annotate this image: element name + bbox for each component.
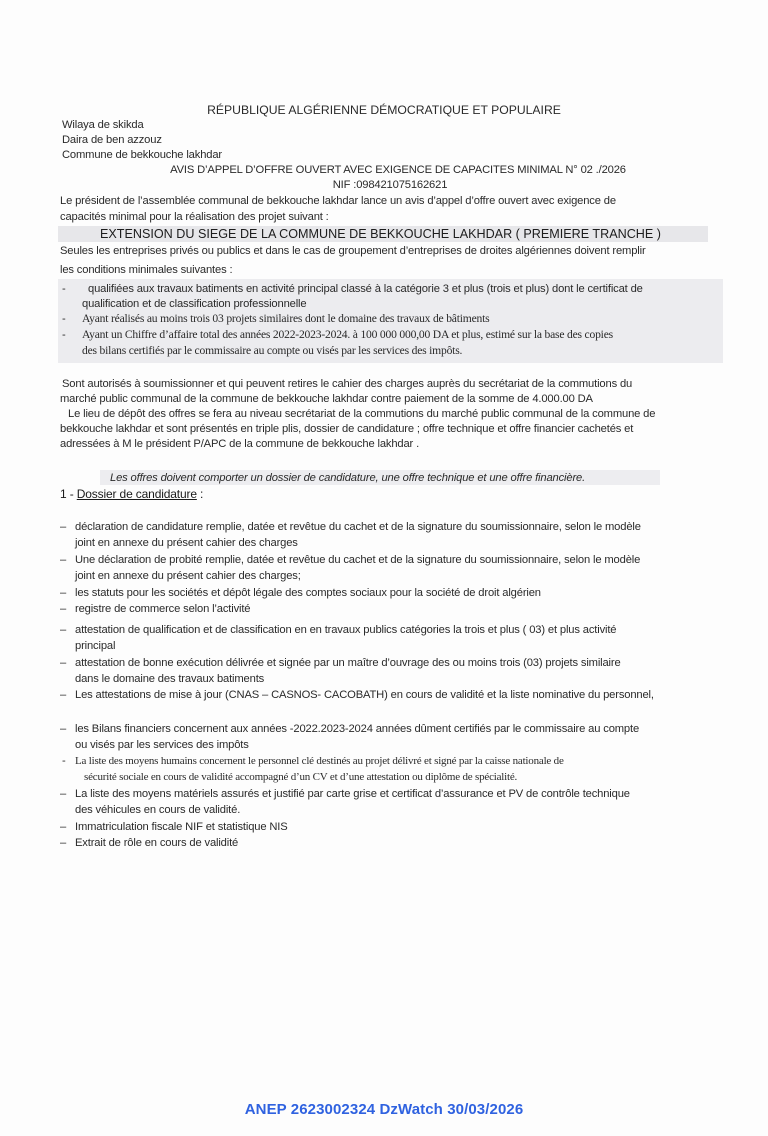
document-page: RÉPUBLIQUE ALGÉRIENNE DÉMOCRATIQUE ET PO… — [0, 0, 768, 1136]
offers-note: Les offres doivent comporter un dossier … — [110, 471, 585, 485]
dossier-item-text: La liste des moyens humains concernent l… — [75, 754, 564, 768]
bullet-dash: - — [62, 328, 66, 342]
dossier-item-text: La liste des moyens matériels assurés et… — [75, 787, 630, 801]
withdrawal-line-2: marché public communal de la commune de … — [60, 392, 593, 406]
eligibility-line-1: Seules les entreprises privés ou publics… — [60, 244, 646, 258]
commune-label: Commune de bekkouche lakhdar — [62, 148, 222, 162]
bullet-dash: – — [60, 602, 66, 616]
dossier-item-text: Extrait de rôle en cours de validité — [75, 836, 238, 850]
dossier-item-text: sécurité sociale en cours de validité ac… — [84, 770, 517, 784]
bullet-dash: – — [60, 722, 66, 736]
eligibility-line-2: les conditions minimales suivantes : — [60, 263, 232, 277]
nif-number: NIF :098421075162621 — [6, 178, 768, 192]
dossier-heading: 1 - Dossier de candidature : — [60, 487, 203, 501]
condition-text: Ayant un Chiffre d’affaire total des ann… — [82, 328, 613, 342]
dossier-item-text: les Bilans financiers concernent aux ann… — [75, 722, 639, 736]
dossier-item-text: les statuts pour les sociétés et dépôt l… — [75, 586, 541, 600]
dossier-item-text: dans le domaine des travaux batiments — [75, 672, 264, 686]
bullet-dash: – — [60, 787, 66, 801]
dossier-item-text: principal — [75, 639, 115, 653]
withdrawal-line-4: bekkouche lakhdar et sont présentés en t… — [60, 422, 633, 436]
republic-heading: RÉPUBLIQUE ALGÉRIENNE DÉMOCRATIQUE ET PO… — [0, 103, 768, 117]
dossier-title: Dossier de candidature — [77, 487, 197, 501]
bullet-dash: – — [60, 586, 66, 600]
dossier-item-text: Une déclaration de probité remplie, daté… — [75, 553, 640, 567]
publication-stamp: ANEP 2623002324 DzWatch 30/03/2026 — [0, 1101, 768, 1118]
condition-text: Ayant réalisés au moins trois 03 projets… — [82, 312, 489, 326]
dossier-item-text: Immatriculation fiscale NIF et statistiq… — [75, 820, 288, 834]
withdrawal-line-5: adressées à M le président P/APC de la c… — [60, 437, 419, 451]
bullet-dash: – — [60, 836, 66, 850]
bullet-dash: – — [60, 553, 66, 567]
dossier-item-text: déclaration de candidature remplie, daté… — [75, 520, 641, 534]
dossier-item-text: ou visés par les services des impôts — [75, 738, 249, 752]
condition-text: qualification et de classification profe… — [82, 297, 306, 311]
bullet-dash: – — [60, 623, 66, 637]
dossier-item-text: registre de commerce selon l’activité — [75, 602, 250, 616]
dossier-colon: : — [197, 487, 203, 501]
daira-label: Daira de ben azzouz — [62, 133, 162, 147]
dossier-item-text: joint en annexe du présent cahier des ch… — [75, 569, 301, 583]
bullet-dash: – — [60, 520, 66, 534]
bullet-dash: – — [60, 656, 66, 670]
dossier-item-text: Les attestations de mise à jour (CNAS – … — [75, 688, 654, 702]
intro-line-2: capacités minimal pour la réalisation de… — [60, 210, 329, 224]
dossier-item-text: joint en annexe du présent cahier des ch… — [75, 536, 298, 550]
withdrawal-line-1: Sont autorisés à soumissionner et qui pe… — [62, 377, 632, 391]
project-title: EXTENSION DU SIEGE DE LA COMMUNE DE BEKK… — [100, 227, 661, 241]
wilaya-label: Wilaya de skikda — [62, 118, 144, 132]
dossier-item-text: attestation de bonne exécution délivrée … — [75, 656, 621, 670]
bullet-dash: - — [62, 282, 66, 296]
withdrawal-line-3: Le lieu de dépôt des offres se fera au n… — [68, 407, 655, 421]
bullet-dash: - — [62, 312, 66, 326]
bullet-dash: - — [62, 754, 66, 768]
dossier-item-text: des véhicules en cours de validité. — [75, 803, 240, 817]
intro-line-1: Le président de l’assemblée communal de … — [60, 194, 616, 208]
notice-title: AVIS D’APPEL D’OFFRE OUVERT AVEC EXIGENC… — [14, 163, 768, 177]
bullet-dash: – — [60, 820, 66, 834]
dossier-number: 1 - — [60, 487, 77, 501]
condition-text: des bilans certifiés par le commissaire … — [82, 344, 462, 358]
dossier-item-text: attestation de qualification et de class… — [75, 623, 616, 637]
bullet-dash: – — [60, 688, 66, 702]
condition-text: qualifiées aux travaux batiments en acti… — [88, 282, 643, 296]
